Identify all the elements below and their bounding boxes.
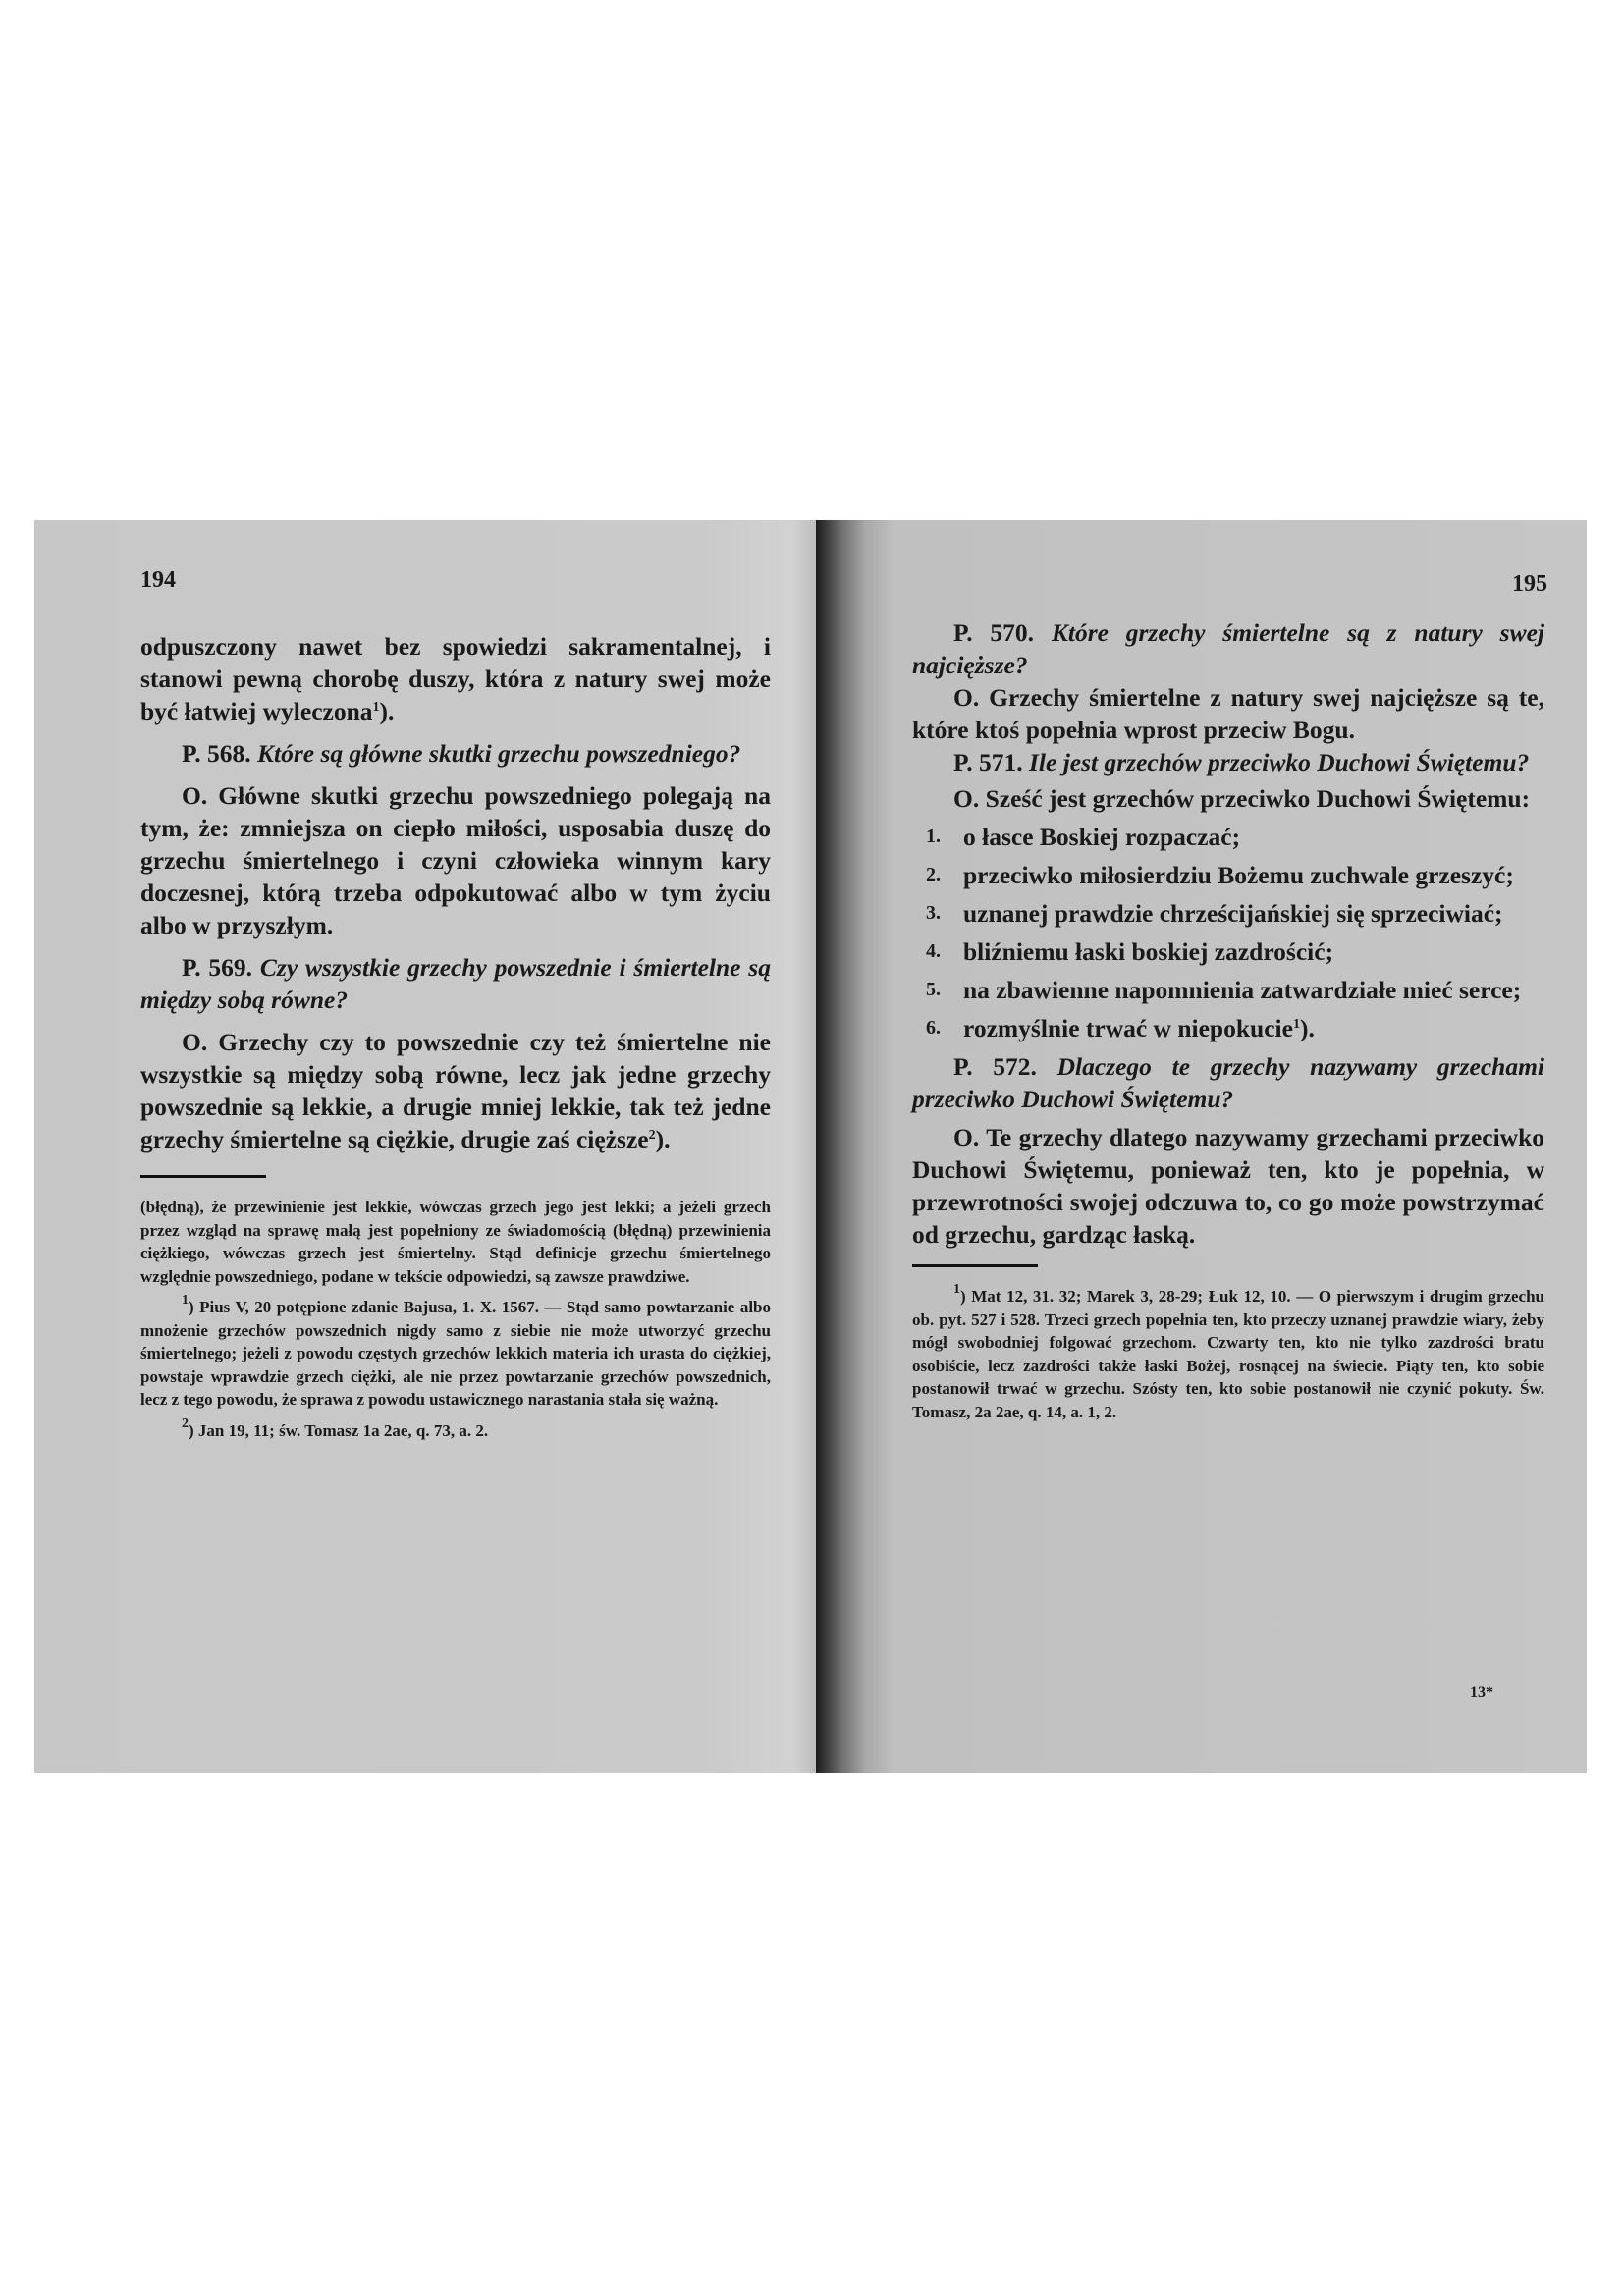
right-page: 195 P. 570. Które grzechy śmiertelne są … <box>816 520 1587 1773</box>
footnote-1: 1) Pius V, 20 potępione zdanie Bajusa, 1… <box>140 1296 771 1412</box>
paragraph-continued: odpuszczony nawet bez spowiedzi sakramen… <box>140 630 771 727</box>
list-item: 1.o łasce Boskiej rozpaczać; <box>912 821 1544 853</box>
footnote-ref[interactable]: 1 <box>373 700 380 715</box>
left-page: 194 odpuszczony nawet bez spowiedzi sakr… <box>34 520 816 1773</box>
right-page-content: P. 570. Które grzechy śmiertelne są z na… <box>912 616 1544 1423</box>
answer-570: O. Grzechy śmiertelne z natury swej najc… <box>912 681 1544 746</box>
footnote-divider <box>140 1175 266 1178</box>
answer-568: O. Główne skutki grzechu powszedniego po… <box>140 779 771 941</box>
sins-list: 1.o łasce Boskiej rozpaczać; 2.przeciwko… <box>912 821 1544 1044</box>
question-569: P. 569. Czy wszystkie grzechy powszednie… <box>140 951 771 1016</box>
question-571: P. 571. Ile jest grzechów przeciwko Duch… <box>912 746 1544 778</box>
page-number-right: 195 <box>1512 571 1547 598</box>
book-scan: 194 odpuszczony nawet bez spowiedzi sakr… <box>34 520 1587 1773</box>
question-572: P. 572. Dlaczego te grzechy nazywamy grz… <box>912 1050 1544 1115</box>
footnote-ref[interactable]: 1 <box>1293 1017 1300 1032</box>
left-page-content: odpuszczony nawet bez spowiedzi sakramen… <box>140 630 771 1442</box>
footnote-2: 2) Jan 19, 11; św. Tomasz 1a 2ae, q. 73,… <box>140 1419 771 1443</box>
page-number-left: 194 <box>140 567 176 594</box>
list-item: 4.bliźniemu łaski boskiej zazdrościć; <box>912 935 1544 968</box>
list-item: 3.uznanej prawdzie chrześcijańskiej się … <box>912 897 1544 930</box>
footnote-divider <box>912 1264 1038 1267</box>
signature-mark: 13* <box>1470 1684 1493 1702</box>
list-item: 2.przeciwko miłosierdziu Bożemu zuchwale… <box>912 859 1544 891</box>
footnote-continued: (błędną), że przewinienie jest lekkie, w… <box>140 1196 771 1288</box>
list-item: 5.na zbawienne napomnienia zatwardziałe … <box>912 974 1544 1006</box>
answer-572: O. Te grzechy dlatego nazywamy grzechami… <box>912 1121 1544 1251</box>
footnote-1: 1) Mat 12, 31. 32; Marek 3, 28-29; Łuk 1… <box>912 1285 1544 1423</box>
footnote-ref[interactable]: 2 <box>649 1128 656 1143</box>
answer-569: O. Grzechy czy to powszednie czy też śmi… <box>140 1026 771 1155</box>
answer-571: O. Sześć jest grzechów przeciwko Duchowi… <box>912 782 1544 815</box>
list-item: 6.rozmyślnie trwać w niepokucie1). <box>912 1012 1544 1044</box>
question-570: P. 570. Które grzechy śmiertelne są z na… <box>912 616 1544 681</box>
question-568: P. 568. Które są główne skutki grzechu p… <box>140 737 771 770</box>
